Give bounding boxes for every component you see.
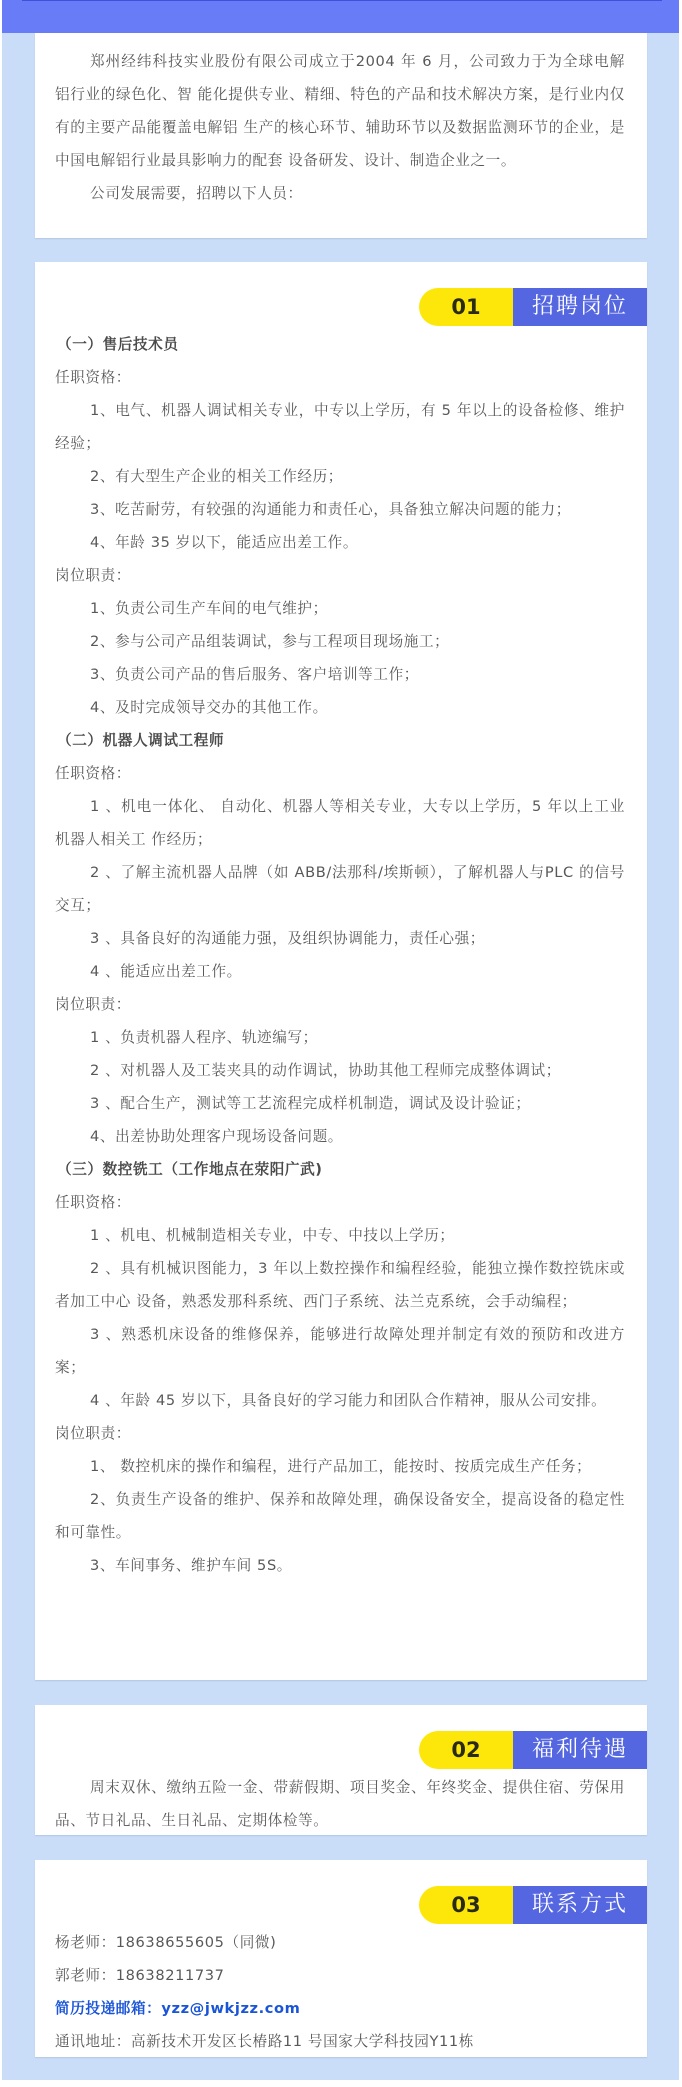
qualification-item: 4、年龄 35 岁以下，能适应出差工作。 xyxy=(35,526,647,559)
position-heading: （一）售后技术员 xyxy=(35,328,647,361)
section-header-positions: 01 招聘岗位 xyxy=(35,288,647,328)
section-title: 福利待遇 xyxy=(513,1731,647,1769)
section-badge: 02 福利待遇 xyxy=(419,1731,647,1769)
banner-divider xyxy=(22,0,662,1)
qualification-item: 2 、了解主流机器人品牌（如 ABB/法那科/埃斯顿），了解机器人与PLC 的信… xyxy=(35,856,647,922)
qualification-item: 1 、机电、机械制造相关专业，中专、中技以上学历； xyxy=(35,1219,647,1252)
duty-item: 3、车间事务、维护车间 5S。 xyxy=(35,1549,647,1582)
duty-item: 3、负责公司产品的售后服务、客户培训等工作； xyxy=(35,658,647,691)
email-label: 简历投递邮箱： xyxy=(55,2000,161,2017)
qualifications-label: 任职资格： xyxy=(35,1186,647,1219)
intro-hiring-note: 公司发展需要，招聘以下人员： xyxy=(35,177,647,210)
qualification-item: 3 、具备良好的沟通能力强，及组织协调能力，责任心强； xyxy=(35,922,647,955)
intro-card: 郑州经纬科技实业股份有限公司成立于2004 年 6 月，公司致力于为全球电解铝行… xyxy=(35,33,647,238)
duty-item: 1 、负责机器人程序、轨迹编写； xyxy=(35,1021,647,1054)
duty-item: 2、参与公司产品组装调试，参与工程项目现场施工； xyxy=(35,625,647,658)
duty-item: 3 、配合生产，测试等工艺流程完成样机制造，调试及设计验证； xyxy=(35,1087,647,1120)
top-banner xyxy=(2,0,679,33)
qualification-item: 1 、机电一体化、 自动化、机器人等相关专业，大专以上学历，5 年以上工业机器人… xyxy=(35,790,647,856)
contact-card: 03 联系方式 杨老师：18638655605（同微) 郭老师：18638211… xyxy=(35,1860,647,2057)
section-badge: 01 招聘岗位 xyxy=(419,288,647,326)
section-number: 02 xyxy=(419,1731,513,1769)
section-header-benefits: 02 福利待遇 xyxy=(35,1731,647,1771)
contact-yang: 杨老师：18638655605（同微) xyxy=(35,1926,647,1959)
qualification-item: 4 、年龄 45 岁以下，具备良好的学习能力和团队合作精神，服从公司安排。 xyxy=(35,1384,647,1417)
qualification-item: 3、吃苦耐劳，有较强的沟通能力和责任心，具备独立解决问题的能力； xyxy=(35,493,647,526)
benefits-text: 周末双休、缴纳五险一金、带薪假期、项目奖金、年终奖金、提供住宿、劳保用品、节日礼… xyxy=(35,1771,647,1837)
duties-label: 岗位职责： xyxy=(35,559,647,592)
duties-label: 岗位职责： xyxy=(35,988,647,1021)
duty-item: 1、 数控机床的操作和编程，进行产品加工，能按时、按质完成生产任务； xyxy=(35,1450,647,1483)
duties-label: 岗位职责： xyxy=(35,1417,647,1450)
qualification-item: 2、有大型生产企业的相关工作经历； xyxy=(35,460,647,493)
duty-item: 2、负责生产设备的维护、保养和故障处理，确保设备安全，提高设备的稳定性和可靠性。 xyxy=(35,1483,647,1549)
duty-item: 4、出差协助处理客户现场设备问题。 xyxy=(35,1120,647,1153)
email-line: 简历投递邮箱：yzz@jwkjzz.com xyxy=(35,1992,647,2025)
qualification-item: 3 、熟悉机床设备的维修保养，能够进行故障处理并制定有效的预防和改进方案； xyxy=(35,1318,647,1384)
section-header-contact: 03 联系方式 xyxy=(35,1886,647,1926)
duty-item: 2 、对机器人及工装夹具的动作调试，协助其他工程师完成整体调试； xyxy=(35,1054,647,1087)
duty-item: 4、及时完成领导交办的其他工作。 xyxy=(35,691,647,724)
intro-paragraph: 郑州经纬科技实业股份有限公司成立于2004 年 6 月，公司致力于为全球电解铝行… xyxy=(35,45,647,177)
qualification-item: 4 、能适应出差工作。 xyxy=(35,955,647,988)
duty-item: 1、负责公司生产车间的电气维护； xyxy=(35,592,647,625)
section-title: 招聘岗位 xyxy=(513,288,647,326)
position-heading: （二）机器人调试工程师 xyxy=(35,724,647,757)
qualifications-label: 任职资格： xyxy=(35,757,647,790)
section-number: 01 xyxy=(419,288,513,326)
email-link[interactable]: yzz@jwkjzz.com xyxy=(161,2000,300,2017)
section-number: 03 xyxy=(419,1886,513,1924)
positions-card: 01 招聘岗位 （一）售后技术员 任职资格： 1、电气、机器人调试相关专业，中专… xyxy=(35,262,647,1680)
qualifications-label: 任职资格： xyxy=(35,361,647,394)
address: 通讯地址：高新技术开发区长椿路11 号国家大学科技园Y11栋 xyxy=(35,2025,647,2058)
qualification-item: 2 、具有机械识图能力，3 年以上数控操作和编程经验，能独立操作数控铣床或者加工… xyxy=(35,1252,647,1318)
position-heading: （三）数控铣工（工作地点在荥阳广武) xyxy=(35,1153,647,1186)
section-badge: 03 联系方式 xyxy=(419,1886,647,1924)
benefits-card: 02 福利待遇 周末双休、缴纳五险一金、带薪假期、项目奖金、年终奖金、提供住宿、… xyxy=(35,1705,647,1835)
qualification-item: 1、电气、机器人调试相关专业，中专以上学历，有 5 年以上的设备检修、维护经验； xyxy=(35,394,647,460)
contact-guo: 郭老师：18638211737 xyxy=(35,1959,647,1992)
section-title: 联系方式 xyxy=(513,1886,647,1924)
